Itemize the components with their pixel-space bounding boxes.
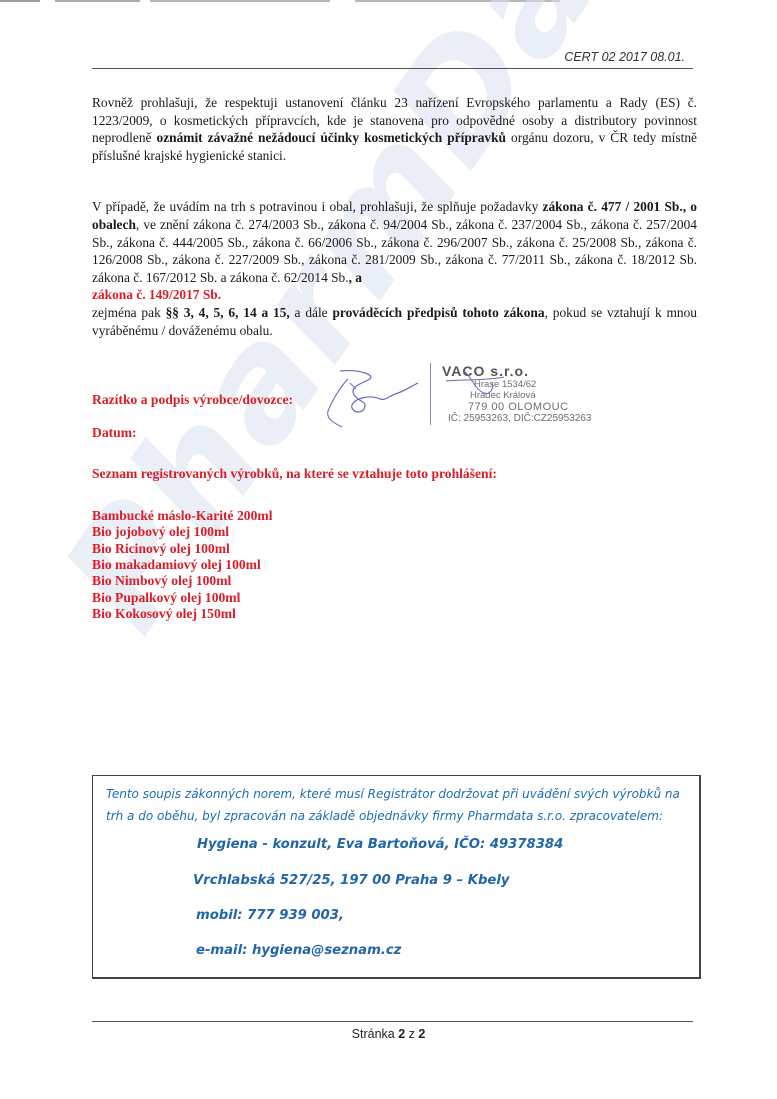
product-item: Bio Pupalkový olej 100ml [92, 590, 697, 606]
processor-address: Vrchlabská 527/25, 197 00 Praha 9 – Kbel… [193, 873, 509, 888]
processor-info-box: Tento soupis zákonných norem, které musí… [92, 775, 701, 979]
signature-overstroke [444, 367, 524, 401]
document-reference: CERT 02 2017 08.01. [564, 50, 685, 64]
emphasis-law-149-2017: zákona č. 149/2017 Sb. [92, 287, 221, 302]
paragraph-packaging-law: V případě, že uvádím na trh s potravinou… [92, 198, 697, 339]
signature-section: Razítko a podpis výrobce/dovozce: Datum:… [92, 361, 697, 457]
scan-edge-artifact [0, 0, 560, 2]
processor-phone: mobil: 777 939 003, [196, 908, 344, 923]
page-number: Stránka 2 z 2 [0, 1027, 777, 1041]
product-item: Bambucké máslo-Karité 200ml [92, 508, 697, 524]
product-item: Bio Kokosový olej 150ml [92, 606, 697, 622]
product-item: Bio makadamiový olej 100ml [92, 557, 697, 573]
product-list-title: Seznam registrovaných výrobků, na které … [92, 465, 697, 482]
product-item: Bio jojobový olej 100ml [92, 524, 697, 540]
paragraph-cosmetics-regulation: Rovněž prohlašuji, že respektuji ustanov… [92, 94, 697, 164]
company-stamp: VACO s.r.o. Hrase 1534/62 Hradec Králová… [430, 361, 620, 431]
header-divider [92, 68, 693, 69]
product-list: Bambucké máslo-Karité 200ml Bio jojobový… [92, 508, 697, 622]
emphasis-sections: §§ 3, 4, 5, 6, 14 a 15, [166, 305, 290, 320]
product-item: Bio Ricinový olej 100ml [92, 541, 697, 557]
info-intro-text: Tento soupis zákonných norem, které musí… [106, 783, 696, 827]
processor-email: e-mail: hygiena@seznam.cz [196, 943, 401, 958]
date-label: Datum: [92, 424, 137, 441]
handwritten-signature [320, 365, 420, 429]
emphasis-implementing-regulations: prováděcích předpisů tohoto zákona [332, 305, 544, 320]
emphasis-report-adverse-effects: oznámit závažné nežádoucí účinky kosmeti… [157, 130, 507, 145]
stamp-signature-label: Razítko a podpis výrobce/dovozce: [92, 391, 293, 408]
product-item: Bio Nimbový olej 100ml [92, 573, 697, 589]
document-body: Rovněž prohlašuji, že respektuji ustanov… [92, 94, 697, 622]
footer-divider [92, 1021, 693, 1022]
processor-company: Hygiena - konzult, Eva Bartoňová, IČO: 4… [197, 837, 563, 852]
